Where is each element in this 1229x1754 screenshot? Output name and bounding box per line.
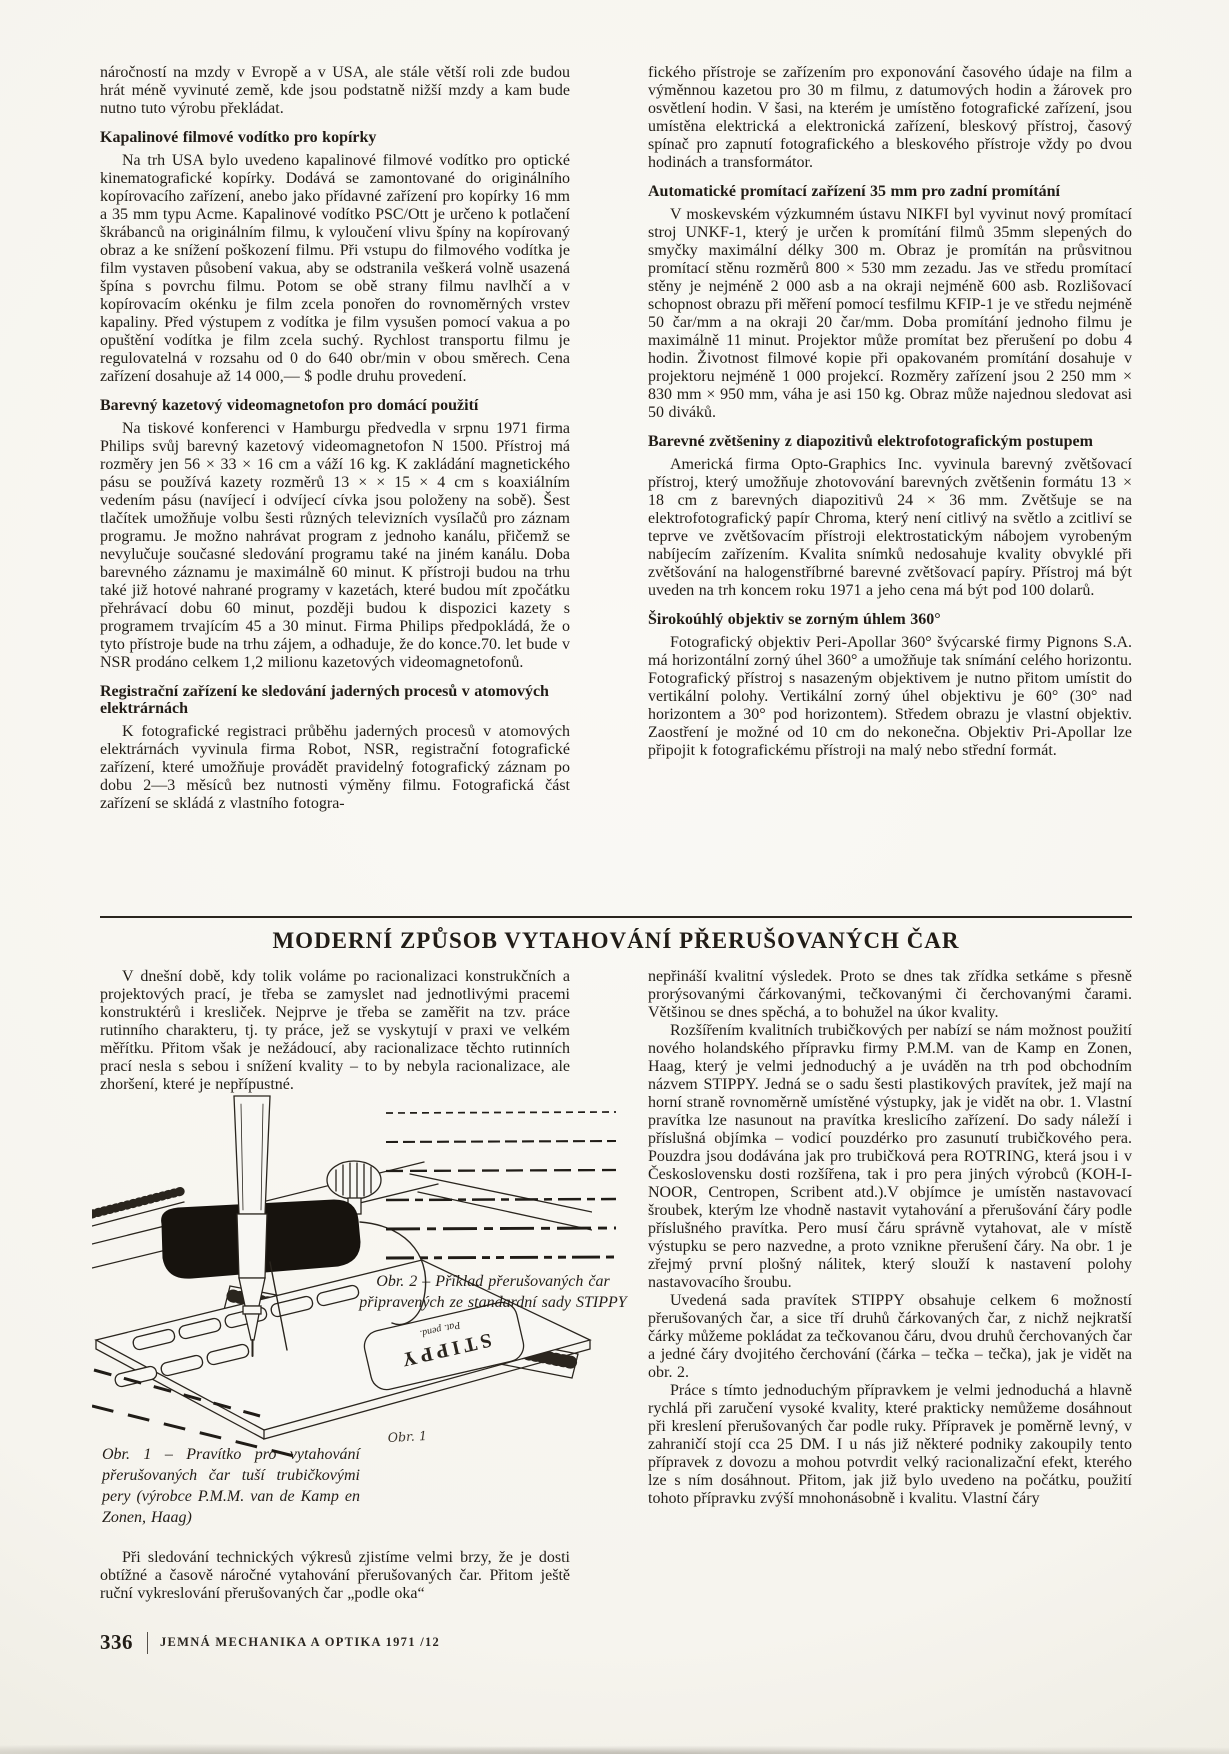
article-paragraph: Uvedená sada pravítek STIPPY obsahuje ce…: [648, 1292, 1132, 1382]
dash-line-sample: [386, 1170, 616, 1171]
figure1-caption: Obr. 1 – Pravítko pro vytahování přerušo…: [102, 1444, 360, 1528]
page-number: 336: [100, 1630, 133, 1655]
article-heading: Registrační zařízení ke sledování jadern…: [100, 683, 570, 717]
article-heading: Barevné zvětšeniny z diapozitivů elektro…: [648, 433, 1132, 450]
figure-block: STIPPY Pat. pend.: [100, 1094, 570, 1541]
article-paragraph: Na trh USA bylo uvedeno kapalinové filmo…: [100, 152, 570, 386]
dash-line-sample: [386, 1141, 616, 1142]
article-heading: Širokoúhlý objektiv se zorným úhlem 360°: [648, 611, 1132, 628]
article-paragraph: Rozšířením kvalitních trubičkových per n…: [648, 1022, 1132, 1292]
article-paragraph: Americká firma Opto-Graphics Inc. vyvinu…: [648, 456, 1132, 600]
figure2-caption: Obr. 2 – Příklad přerušovaných čar připr…: [356, 1271, 630, 1313]
journal-title: JEMNÁ MECHANIKA A OPTIKA 1971 /12: [160, 1635, 440, 1650]
article-paragraph: Na tiskové konferenci v Hamburgu předved…: [100, 420, 570, 672]
feature-right-column: nepřináší kvalitní výsledek. Proto se dn…: [648, 968, 1132, 1603]
knurled-screw-icon: [327, 1161, 381, 1199]
article-paragraph: Při sledování technických výkresů zjistí…: [100, 1549, 570, 1603]
pen-clamp: [162, 1161, 381, 1278]
article-paragraph: V dnešní době, kdy tolik voláme po racio…: [100, 968, 570, 1094]
page-root: náročností na mzdy v Evropě a v USA, ale…: [0, 0, 1229, 1754]
article-paragraph: nepřináší kvalitní výsledek. Proto se dn…: [648, 968, 1132, 1022]
handwritten-figure-label: Obr. 1: [387, 1428, 427, 1445]
article-heading: Kapalinové filmové vodítko pro kopírky: [100, 129, 570, 146]
article-paragraph: K fotografické registraci průběhu jadern…: [100, 723, 570, 813]
news-intro-paragraph: náročností na mzdy v Evropě a v USA, ale…: [100, 64, 570, 118]
footer-divider: [147, 1632, 148, 1654]
section-divider-rule: [100, 916, 1132, 918]
feature-article-title: MODERNÍ ZPŮSOB VYTAHOVÁNÍ PŘERUŠOVANÝCH …: [100, 928, 1132, 954]
scan-bottom-edge: [0, 1734, 1229, 1754]
news-intro-paragraph: fického přístroje se zařízením pro expon…: [648, 64, 1132, 172]
feature-left-column: V dnešní době, kdy tolik voláme po racio…: [100, 968, 570, 1603]
news-left-column: náročností na mzdy v Evropě a v USA, ale…: [100, 64, 570, 813]
article-paragraph: Práce s tímto jednoduchým přípravkem je …: [648, 1382, 1132, 1508]
page-footer: 336 JEMNÁ MECHANIKA A OPTIKA 1971 /12: [100, 1630, 440, 1655]
article-paragraph: V moskevském výzkumném ústavu NIKFI byl …: [648, 206, 1132, 422]
article-heading: Barevný kazetový videomagnetofon pro dom…: [100, 397, 570, 414]
dash-line-sample: [386, 1257, 616, 1258]
news-section: náročností na mzdy v Evropě a v USA, ale…: [100, 64, 1132, 813]
dash-line-sample: [386, 1112, 616, 1113]
feature-section: V dnešní době, kdy tolik voláme po racio…: [100, 968, 1132, 1603]
article-heading: Automatické promítací zařízení 35 mm pro…: [648, 183, 1132, 200]
article-paragraph: Fotografický objektiv Peri-Apollar 360° …: [648, 634, 1132, 760]
news-right-column: fického přístroje se zařízením pro expon…: [648, 64, 1132, 813]
dash-line-sample: [386, 1199, 616, 1200]
dash-line-sample: [386, 1228, 616, 1229]
figure2-line-samples: [383, 1104, 621, 1266]
